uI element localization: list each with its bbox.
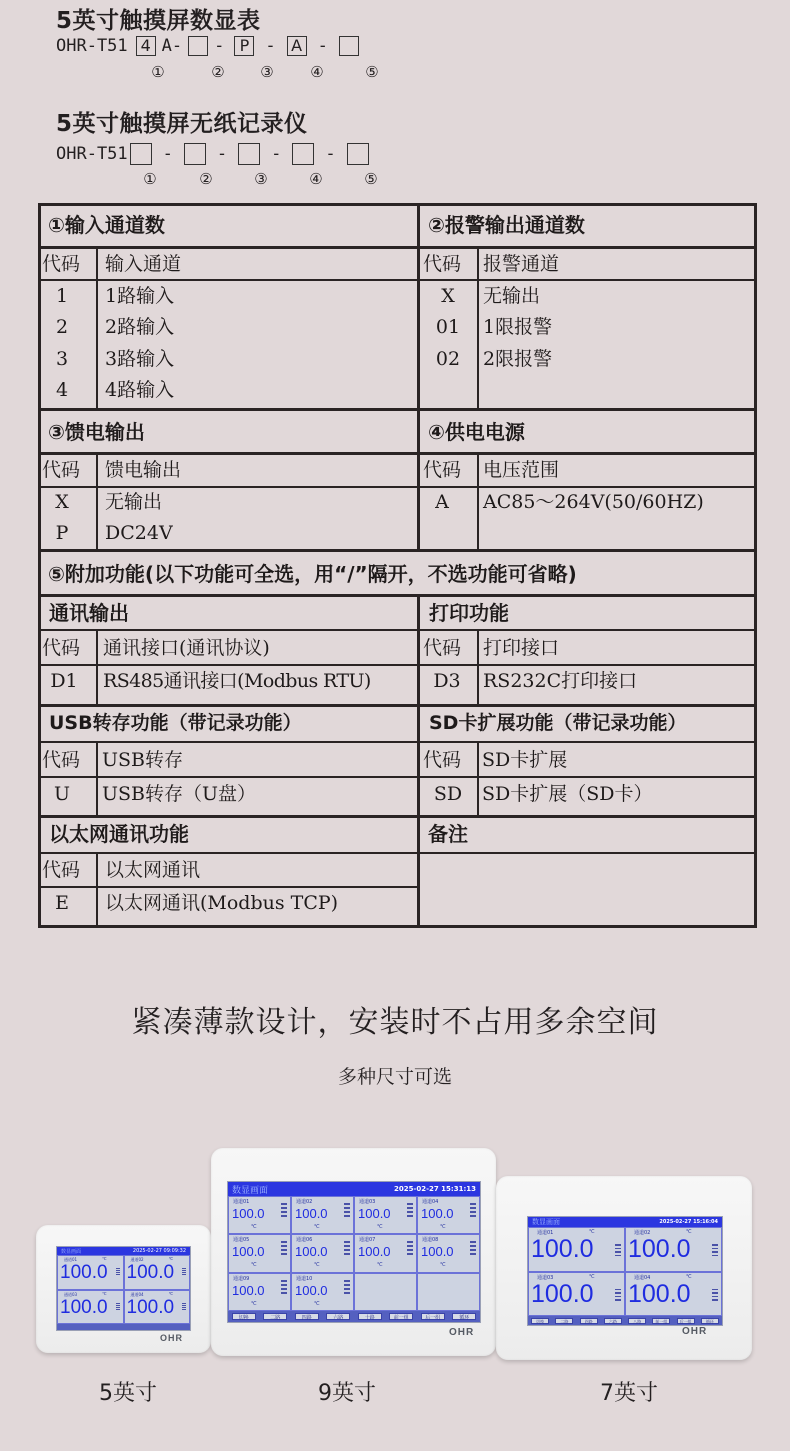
divider bbox=[96, 452, 98, 550]
slot-number: ③ bbox=[251, 170, 271, 188]
brand-logo: OHR bbox=[160, 1333, 183, 1343]
desc-cell: 2路输入 bbox=[105, 316, 174, 338]
divider bbox=[38, 664, 757, 666]
divider bbox=[417, 203, 420, 550]
screen-button[interactable]: 后一组 bbox=[677, 1318, 695, 1324]
separator: - bbox=[214, 36, 224, 56]
channel-unit: ℃ bbox=[314, 1262, 320, 1268]
desc-cell: 4路输入 bbox=[105, 379, 174, 401]
channel-name: 通道08 bbox=[422, 1236, 438, 1243]
channel-unit: ℃ bbox=[377, 1262, 383, 1268]
section-alarm-title: ②报警输出通道数 bbox=[428, 214, 585, 236]
alarm-col-header: 报警通道 bbox=[483, 253, 559, 275]
screen-title: 数显画面 bbox=[532, 1217, 560, 1227]
screen-button[interactable]: 前一组 bbox=[389, 1313, 413, 1320]
desc-cell: 无输出 bbox=[105, 491, 162, 513]
channel-unit: ℃ bbox=[314, 1301, 320, 1307]
screen-button[interactable]: 六路 bbox=[326, 1313, 350, 1320]
comm-title: 通讯输出 bbox=[49, 602, 129, 624]
level-bars-icon bbox=[407, 1203, 413, 1217]
code-header: 代码 bbox=[42, 253, 80, 275]
divider bbox=[38, 815, 757, 818]
screen-title: 数显画面 bbox=[232, 1183, 268, 1196]
channel-tile: 通道07100.0℃ bbox=[354, 1234, 417, 1272]
channel-value: 100.0 bbox=[295, 1283, 328, 1298]
channel-value: 100.0 bbox=[421, 1206, 454, 1221]
slot-3-box: P bbox=[234, 36, 254, 56]
slot-number: ② bbox=[208, 63, 228, 81]
channel-tile: 通道04℃100.0 bbox=[625, 1272, 722, 1317]
channel-value: 100.0 bbox=[127, 1297, 175, 1319]
screen-button[interactable]: 前一组 bbox=[652, 1318, 670, 1324]
screen-title-bar: 数显画面 2025-02-27 09:09:32 bbox=[57, 1247, 190, 1255]
device-7inch: 数显画面 2025-02-27 15:16:04 通道01℃100.0 通道02… bbox=[496, 1176, 752, 1360]
device-9inch: 数显画面 2025-02-27 15:31:13 通道01100.0℃ 通道02… bbox=[211, 1148, 496, 1356]
channel-name: 通道10 bbox=[296, 1275, 312, 1282]
screen-button[interactable]: 四路 bbox=[580, 1318, 598, 1324]
desc-cell: USB转存（U盘） bbox=[102, 783, 256, 805]
divider bbox=[477, 452, 479, 550]
code-header: 代码 bbox=[42, 459, 80, 481]
slot-1-box bbox=[130, 143, 152, 165]
device-5inch: 数显画面 2025-02-27 09:09:32 通道01℃100.0 通道02… bbox=[36, 1225, 211, 1353]
level-bars-icon bbox=[281, 1203, 287, 1217]
divider bbox=[477, 629, 479, 704]
power-col-header: 电压范围 bbox=[483, 459, 559, 481]
channel-unit: ℃ bbox=[251, 1262, 257, 1268]
usb-title: USB转存功能（带记录功能） bbox=[49, 712, 302, 734]
channel-grid: 通道01℃100.0 通道02℃100.0 通道03℃100.0 通道04℃10… bbox=[57, 1255, 190, 1324]
slot-2-box bbox=[184, 143, 206, 165]
screen-button[interactable]: 二路 bbox=[263, 1313, 287, 1320]
desc-cell: SD卡扩展（SD卡） bbox=[482, 783, 653, 805]
screen-button[interactable]: 循环 bbox=[452, 1313, 476, 1320]
channel-tile: 通道02100.0℃ bbox=[291, 1196, 354, 1234]
divider bbox=[96, 246, 98, 408]
separator: - bbox=[271, 144, 281, 164]
code-cell: 4 bbox=[42, 379, 82, 401]
desc-cell: 1限报警 bbox=[483, 316, 552, 338]
channel-tile: 通道03℃100.0 bbox=[528, 1272, 625, 1317]
level-bars-icon bbox=[470, 1203, 476, 1217]
code-cell: D3 bbox=[427, 670, 467, 692]
code-cell: X bbox=[428, 285, 468, 307]
level-bars-icon bbox=[116, 1303, 120, 1310]
code-cell: 2 bbox=[42, 316, 82, 338]
channel-tile: 通道08100.0℃ bbox=[417, 1234, 480, 1272]
screen-button[interactable]: 切换 bbox=[531, 1318, 549, 1324]
screen-button[interactable]: 四路 bbox=[295, 1313, 319, 1320]
code-cell: 02 bbox=[428, 348, 468, 370]
desc-cell: 3路输入 bbox=[105, 348, 174, 370]
device-screen: 数显画面 2025-02-27 15:16:04 通道01℃100.0 通道02… bbox=[527, 1216, 723, 1326]
divider bbox=[417, 594, 420, 928]
desc-cell: 以太网通讯(Modbus TCP) bbox=[105, 892, 338, 914]
channel-name: 通道05 bbox=[233, 1236, 249, 1243]
desc-cell: AC85～264V(50/60HZ) bbox=[483, 491, 704, 513]
product1-model-code: OHR-T51 4 A- - P - A - bbox=[56, 36, 361, 56]
screen-button-row: 切换 二路 四路 六路 十路 前一组 后一组 循环 bbox=[228, 1311, 480, 1322]
slot-number: ④ bbox=[307, 63, 327, 81]
code-cell: 01 bbox=[428, 316, 468, 338]
desc-cell: RS232C打印接口 bbox=[483, 670, 637, 692]
size-label-9inch: 9英寸 bbox=[318, 1376, 376, 1407]
feed-col-header: 馈电输出 bbox=[105, 459, 181, 481]
channel-value: 100.0 bbox=[628, 1280, 691, 1309]
channel-tile-empty bbox=[417, 1273, 480, 1311]
separator: - bbox=[265, 36, 275, 56]
channel-tile: 通道02℃100.0 bbox=[124, 1255, 191, 1290]
code-header: 代码 bbox=[423, 459, 461, 481]
product1-title: 5英寸触摸屏数显表 bbox=[56, 2, 261, 35]
separator: - bbox=[318, 36, 328, 56]
channel-name: 通道09 bbox=[233, 1275, 249, 1282]
channel-unit: ℃ bbox=[440, 1224, 446, 1230]
channel-tile: 通道01℃100.0 bbox=[528, 1227, 625, 1272]
section-power-title: ④供电电源 bbox=[428, 421, 525, 443]
level-bars-icon bbox=[182, 1268, 186, 1275]
screen-button[interactable]: 八路 bbox=[628, 1318, 646, 1324]
channel-value: 100.0 bbox=[531, 1280, 594, 1309]
code-cell: A bbox=[422, 491, 462, 513]
divider bbox=[96, 629, 98, 704]
screen-title: 数显画面 bbox=[61, 1248, 81, 1255]
channel-grid: 通道01℃100.0 通道02℃100.0 通道03℃100.0 通道04℃10… bbox=[528, 1227, 722, 1316]
level-bars-icon bbox=[281, 1280, 287, 1294]
code-cell: U bbox=[42, 783, 82, 805]
channel-tile-empty bbox=[354, 1273, 417, 1311]
product2-model-code: OHR-T51 - - - - bbox=[56, 143, 371, 165]
divider bbox=[38, 408, 757, 411]
divider bbox=[477, 741, 479, 815]
screen-title-bar: 数显画面 2025-02-27 15:31:13 bbox=[228, 1182, 480, 1196]
screen-button[interactable]: 循环 bbox=[701, 1318, 719, 1324]
desc-cell: 无输出 bbox=[483, 285, 540, 307]
desc-cell: DC24V bbox=[105, 522, 173, 544]
screen-datetime: 2025-02-27 15:16:04 bbox=[659, 1219, 718, 1225]
channel-name: 通道01 bbox=[233, 1198, 249, 1205]
desc-cell: 1路输入 bbox=[105, 285, 174, 307]
divider bbox=[419, 852, 757, 854]
input-col-header: 输入通道 bbox=[105, 253, 181, 275]
channel-value: 100.0 bbox=[232, 1283, 265, 1298]
sd-title: SD卡扩展功能（带记录功能） bbox=[429, 712, 686, 734]
divider bbox=[96, 852, 98, 928]
level-bars-icon bbox=[470, 1241, 476, 1255]
divider bbox=[477, 246, 479, 408]
code-cell: X bbox=[42, 491, 82, 513]
channel-value: 100.0 bbox=[295, 1244, 328, 1259]
brand-logo: OHR bbox=[682, 1326, 707, 1337]
sd-col-header: SD卡扩展 bbox=[482, 749, 567, 771]
slot-number: ⑤ bbox=[361, 170, 381, 188]
channel-unit: ℃ bbox=[102, 1291, 107, 1296]
channel-value: 100.0 bbox=[60, 1262, 108, 1284]
screen-title-bar: 数显画面 2025-02-27 15:16:04 bbox=[528, 1217, 722, 1227]
separator: A- bbox=[162, 36, 182, 56]
channel-name: 通道02 bbox=[296, 1198, 312, 1205]
channel-name: 通道07 bbox=[359, 1236, 375, 1243]
screen-button[interactable]: 切换 bbox=[232, 1313, 256, 1320]
channel-tile: 通道06100.0℃ bbox=[291, 1234, 354, 1272]
device-screen: 数显画面 2025-02-27 15:31:13 通道01100.0℃ 通道02… bbox=[227, 1181, 481, 1323]
size-label-5inch: 5英寸 bbox=[99, 1376, 157, 1407]
channel-grid: 通道01100.0℃ 通道02100.0℃ 通道03100.0℃ 通道04100… bbox=[228, 1196, 480, 1311]
channel-unit: ℃ bbox=[169, 1256, 174, 1261]
channel-value: 100.0 bbox=[421, 1244, 454, 1259]
screen-button[interactable]: 后一组 bbox=[421, 1313, 445, 1320]
level-bars-icon bbox=[407, 1241, 413, 1255]
section-feed-title: ③馈电输出 bbox=[48, 421, 145, 443]
channel-value: 100.0 bbox=[358, 1244, 391, 1259]
code-header: 代码 bbox=[423, 253, 461, 275]
divider bbox=[38, 452, 757, 455]
code-cell: 1 bbox=[42, 285, 82, 307]
print-col-header: 打印接口 bbox=[483, 637, 559, 659]
channel-name: 通道06 bbox=[296, 1236, 312, 1243]
channel-unit: ℃ bbox=[102, 1256, 107, 1261]
level-bars-icon bbox=[344, 1241, 350, 1255]
channel-value: 100.0 bbox=[232, 1244, 265, 1259]
screen-button[interactable]: 二路 bbox=[555, 1318, 573, 1324]
divider bbox=[38, 486, 757, 488]
channel-value: 100.0 bbox=[358, 1206, 391, 1221]
slot-number: ④ bbox=[306, 170, 326, 188]
notes-title: 备注 bbox=[428, 823, 468, 845]
slot-number: ① bbox=[140, 170, 160, 188]
divider bbox=[38, 279, 757, 281]
channel-tile: 通道04℃100.0 bbox=[124, 1290, 191, 1325]
channel-unit: ℃ bbox=[314, 1224, 320, 1230]
channel-name: 通道03 bbox=[359, 1198, 375, 1205]
code-cell: SD bbox=[428, 783, 468, 805]
ethernet-col-header: 以太网通讯 bbox=[105, 859, 200, 881]
model-prefix: OHR-T51 bbox=[56, 36, 128, 56]
level-bars-icon bbox=[344, 1203, 350, 1217]
level-bars-icon bbox=[615, 1244, 621, 1256]
level-bars-icon bbox=[712, 1244, 718, 1256]
slot-5-box bbox=[339, 36, 359, 56]
slot-3-box bbox=[238, 143, 260, 165]
divider bbox=[38, 594, 757, 597]
channel-unit: ℃ bbox=[440, 1262, 446, 1268]
code-header: 代码 bbox=[42, 637, 80, 659]
divider bbox=[38, 776, 757, 778]
headline: 紧凑薄款设计，安装时不占用多余空间 bbox=[0, 997, 790, 1041]
slot-5-box bbox=[347, 143, 369, 165]
slot-4-box bbox=[292, 143, 314, 165]
brand-logo: OHR bbox=[449, 1327, 474, 1338]
divider bbox=[38, 629, 757, 631]
separator: - bbox=[217, 144, 227, 164]
divider bbox=[38, 704, 757, 707]
code-header: 代码 bbox=[42, 749, 80, 771]
channel-tile: 通道01100.0℃ bbox=[228, 1196, 291, 1234]
channel-name: 通道04 bbox=[422, 1198, 438, 1205]
level-bars-icon bbox=[281, 1241, 287, 1255]
screen-button[interactable]: 六路 bbox=[604, 1318, 622, 1324]
level-bars-icon bbox=[116, 1268, 120, 1275]
product2-title: 5英寸触摸屏无纸记录仪 bbox=[56, 105, 308, 138]
slot-1-box: 4 bbox=[136, 36, 156, 56]
level-bars-icon bbox=[712, 1289, 718, 1301]
screen-button[interactable]: 十路 bbox=[358, 1313, 382, 1320]
channel-tile: 通道02℃100.0 bbox=[625, 1227, 722, 1272]
desc-cell: RS485通讯接口(Modbus RTU) bbox=[103, 670, 371, 692]
code-header: 代码 bbox=[423, 637, 461, 659]
slot-4-box: A bbox=[287, 36, 307, 56]
divider bbox=[38, 741, 757, 743]
code-cell: E bbox=[42, 892, 82, 914]
channel-value: 100.0 bbox=[127, 1262, 175, 1284]
channel-value: 100.0 bbox=[531, 1235, 594, 1264]
device-screen: 数显画面 2025-02-27 09:09:32 通道01℃100.0 通道02… bbox=[56, 1246, 191, 1331]
screen-button-row: 切换 二路 四路 六路 八路 前一组 后一组 循环 bbox=[528, 1316, 722, 1325]
print-title: 打印功能 bbox=[429, 602, 509, 624]
code-cell: 3 bbox=[42, 348, 82, 370]
level-bars-icon bbox=[615, 1289, 621, 1301]
channel-tile: 通道01℃100.0 bbox=[57, 1255, 124, 1290]
model-prefix: OHR-T51 bbox=[56, 144, 128, 164]
desc-cell: 2限报警 bbox=[483, 348, 552, 370]
size-label-7inch: 7英寸 bbox=[600, 1376, 658, 1407]
code-cell: P bbox=[42, 522, 82, 544]
channel-value: 100.0 bbox=[60, 1297, 108, 1319]
code-header: 代码 bbox=[42, 859, 80, 881]
channel-value: 100.0 bbox=[295, 1206, 328, 1221]
divider bbox=[38, 549, 757, 552]
comm-col-header: 通讯接口(通讯协议) bbox=[103, 637, 270, 659]
screen-datetime: 2025-02-27 09:09:32 bbox=[133, 1248, 186, 1254]
channel-tile: 通道04100.0℃ bbox=[417, 1196, 480, 1234]
channel-tile: 通道03100.0℃ bbox=[354, 1196, 417, 1234]
channel-unit: ℃ bbox=[377, 1224, 383, 1230]
slot-number: ① bbox=[148, 63, 168, 81]
channel-tile: 通道09100.0℃ bbox=[228, 1273, 291, 1311]
channel-tile: 通道10100.0℃ bbox=[291, 1273, 354, 1311]
channel-value: 100.0 bbox=[628, 1235, 691, 1264]
channel-tile: 通道03℃100.0 bbox=[57, 1290, 124, 1325]
subheadline: 多种尺寸可选 bbox=[0, 1062, 790, 1089]
divider bbox=[96, 741, 98, 815]
screen-datetime: 2025-02-27 15:31:13 bbox=[394, 1185, 476, 1193]
separator: - bbox=[325, 144, 335, 164]
slot-2-box bbox=[188, 36, 208, 56]
section-extra-title: ⑤附加功能(以下功能可全选，用“/”隔开，不选功能可省略) bbox=[48, 563, 577, 585]
level-bars-icon bbox=[182, 1303, 186, 1310]
channel-tile: 通道05100.0℃ bbox=[228, 1234, 291, 1272]
divider bbox=[38, 246, 757, 249]
usb-col-header: USB转存 bbox=[102, 749, 183, 771]
ethernet-title: 以太网通讯功能 bbox=[49, 823, 189, 845]
slot-number: ② bbox=[196, 170, 216, 188]
channel-unit: ℃ bbox=[169, 1291, 174, 1296]
level-bars-icon bbox=[344, 1280, 350, 1294]
slot-number: ③ bbox=[257, 63, 277, 81]
screen-button-row bbox=[57, 1324, 190, 1330]
code-header: 代码 bbox=[423, 749, 461, 771]
separator: - bbox=[163, 144, 173, 164]
channel-unit: ℃ bbox=[251, 1224, 257, 1230]
section-input-title: ①输入通道数 bbox=[48, 214, 165, 236]
channel-unit: ℃ bbox=[251, 1301, 257, 1307]
channel-value: 100.0 bbox=[232, 1206, 265, 1221]
code-cell: D1 bbox=[44, 670, 84, 692]
slot-number: ⑤ bbox=[362, 63, 382, 81]
